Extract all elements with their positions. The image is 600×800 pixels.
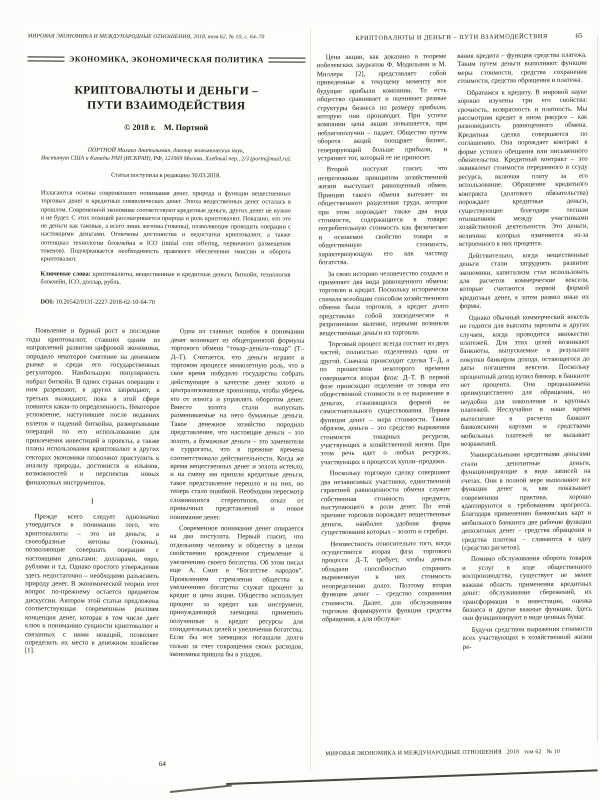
- affiliation-line2: Институт США и Канады РАН (ИСКРАН), РФ, …: [27, 155, 305, 165]
- doi-line: DOI: 10.20542/0131-2227-2018-62-10-64-70: [26, 299, 304, 307]
- article-title-line1: КРИПТОВАЛЮТЫ И ДЕНЬГИ –: [27, 83, 305, 99]
- section-numeral: I: [26, 497, 160, 507]
- paragraph: Современное понимание денег опирается на…: [169, 525, 303, 660]
- scanned-journal-spread: МИРОВАЯ ЭКОНОМИКА И МЕЖДУНАРОДНЫЕ ОТНОШЕ…: [0, 0, 600, 800]
- paragraph: Универсальными кредитными деньгами стали…: [461, 451, 591, 553]
- paragraph: Одна из главных ошибок в понимании денег…: [170, 328, 304, 522]
- right-page-body: Цена акции, как доказано в теореме нобел…: [317, 52, 593, 657]
- paragraph: Действительно, когда вещественные деньги…: [459, 251, 589, 311]
- keywords-label: Ключевые слова:: [41, 270, 91, 277]
- paragraph: Обратимся к кредиту. В мировой науке хор…: [458, 88, 589, 249]
- page-number-65: 65: [575, 32, 582, 40]
- received-date-line: Статья поступила в редакцию 30.03.2018.: [27, 171, 305, 179]
- doi-label: DOI:: [40, 299, 54, 306]
- section-banner: ЭКОНОМИКА, ЭКОНОМИЧЕСКАЯ ПОЛИТИКА: [27, 54, 305, 64]
- article-title-line2: ПУТИ ВЗАИМОДЕЙСТВИЯ: [27, 98, 305, 114]
- paragraph: Прежде всего следует однозначно утвердит…: [25, 513, 159, 657]
- page-right-edge: [597, 36, 598, 742]
- abstract-text: Излагаются основы современного понимания…: [27, 189, 305, 265]
- journal-page-64: МИРОВАЯ ЭКОНОМИКА И МЕЖДУНАРОДНЫЕ ОТНОШЕ…: [14, 23, 313, 784]
- paragraph: Помимо обслуживания оборота товаров и ус…: [462, 555, 592, 624]
- running-head-right: КРИПТОВАЛЮТЫ И ДЕНЬГИ – ПУТИ ВЗАИМОДЕЙСТ…: [316, 33, 586, 43]
- article-title: КРИПТОВАЛЮТЫ И ДЕНЬГИ – ПУТИ ВЗАИМОДЕЙСТ…: [27, 83, 305, 114]
- author-affiliation: ПОРТНОЙ Михаил Анатольевич, доктор эконо…: [27, 146, 305, 164]
- right-page-column-1: Цена акции, как доказано в теореме нобел…: [317, 53, 452, 656]
- paragraph: Торговый процесс всегда состоит из двух …: [319, 340, 450, 468]
- keywords-block: Ключевые слова: криптовалюты, вещественн…: [27, 270, 305, 288]
- paragraph: Поскольку торговую сделку совершают два …: [321, 469, 451, 538]
- banner-rule-left: [27, 56, 64, 61]
- banner-rule-right: [269, 57, 306, 62]
- running-head-left: МИРОВАЯ ЭКОНОМИКА И МЕЖДУНАРОДНЫЕ ОТНОШЕ…: [28, 33, 306, 40]
- journal-page-65: КРИПТОВАЛЮТЫ И ДЕНЬГИ – ПУТИ ВЗАИМОДЕЙСТ…: [310, 21, 599, 780]
- page-number-64: 64: [14, 759, 310, 768]
- page-gutter-shadow: [310, 28, 311, 770]
- left-page-body: Появление и бурный рост в последние годы…: [25, 328, 304, 664]
- journal-footer: МИРОВАЯ ЭКОНОМИКА И МЕЖДУНАРОДНЫЕ ОТНОШЕ…: [325, 749, 560, 757]
- paragraph: Будучи средством выражения стоимости все…: [463, 626, 593, 653]
- paragraph: Однако обычный коммерческий вексель не г…: [460, 313, 591, 449]
- paragraph: Неизвестность относительно того, когда о…: [321, 540, 451, 625]
- copyright-author-line: © 2018 г. М. Портной: [27, 122, 305, 132]
- paragraph: Появление и бурный рост в последние годы…: [26, 328, 160, 489]
- left-page-column-2: Одна из главных ошибок в понимании денег…: [169, 328, 304, 663]
- paragraph: Второй постулат гласит, что непреложным …: [318, 166, 448, 268]
- scan-bottom-edge-small: [170, 785, 232, 793]
- paragraph: За свою историю человечество создало и п…: [319, 270, 449, 339]
- doi-value: 10.20542/0131-2227-2018-62-10-64-70: [54, 299, 155, 306]
- right-page-column-2: вания кредита – функция средства платежа…: [457, 52, 592, 655]
- left-page-column-1: Появление и бурный рост в последние годы…: [25, 328, 160, 663]
- section-banner-label: ЭКОНОМИКА, ЭКОНОМИЧЕСКАЯ ПОЛИТИКА: [69, 55, 264, 65]
- paragraph: вания кредита – функция средства платежа…: [457, 52, 587, 87]
- running-head-right-title: КРИПТОВАЛЮТЫ И ДЕНЬГИ – ПУТИ ВЗАИМОДЕЙСТ…: [355, 33, 547, 42]
- paragraph: Цена акции, как доказано в теореме нобел…: [317, 53, 448, 164]
